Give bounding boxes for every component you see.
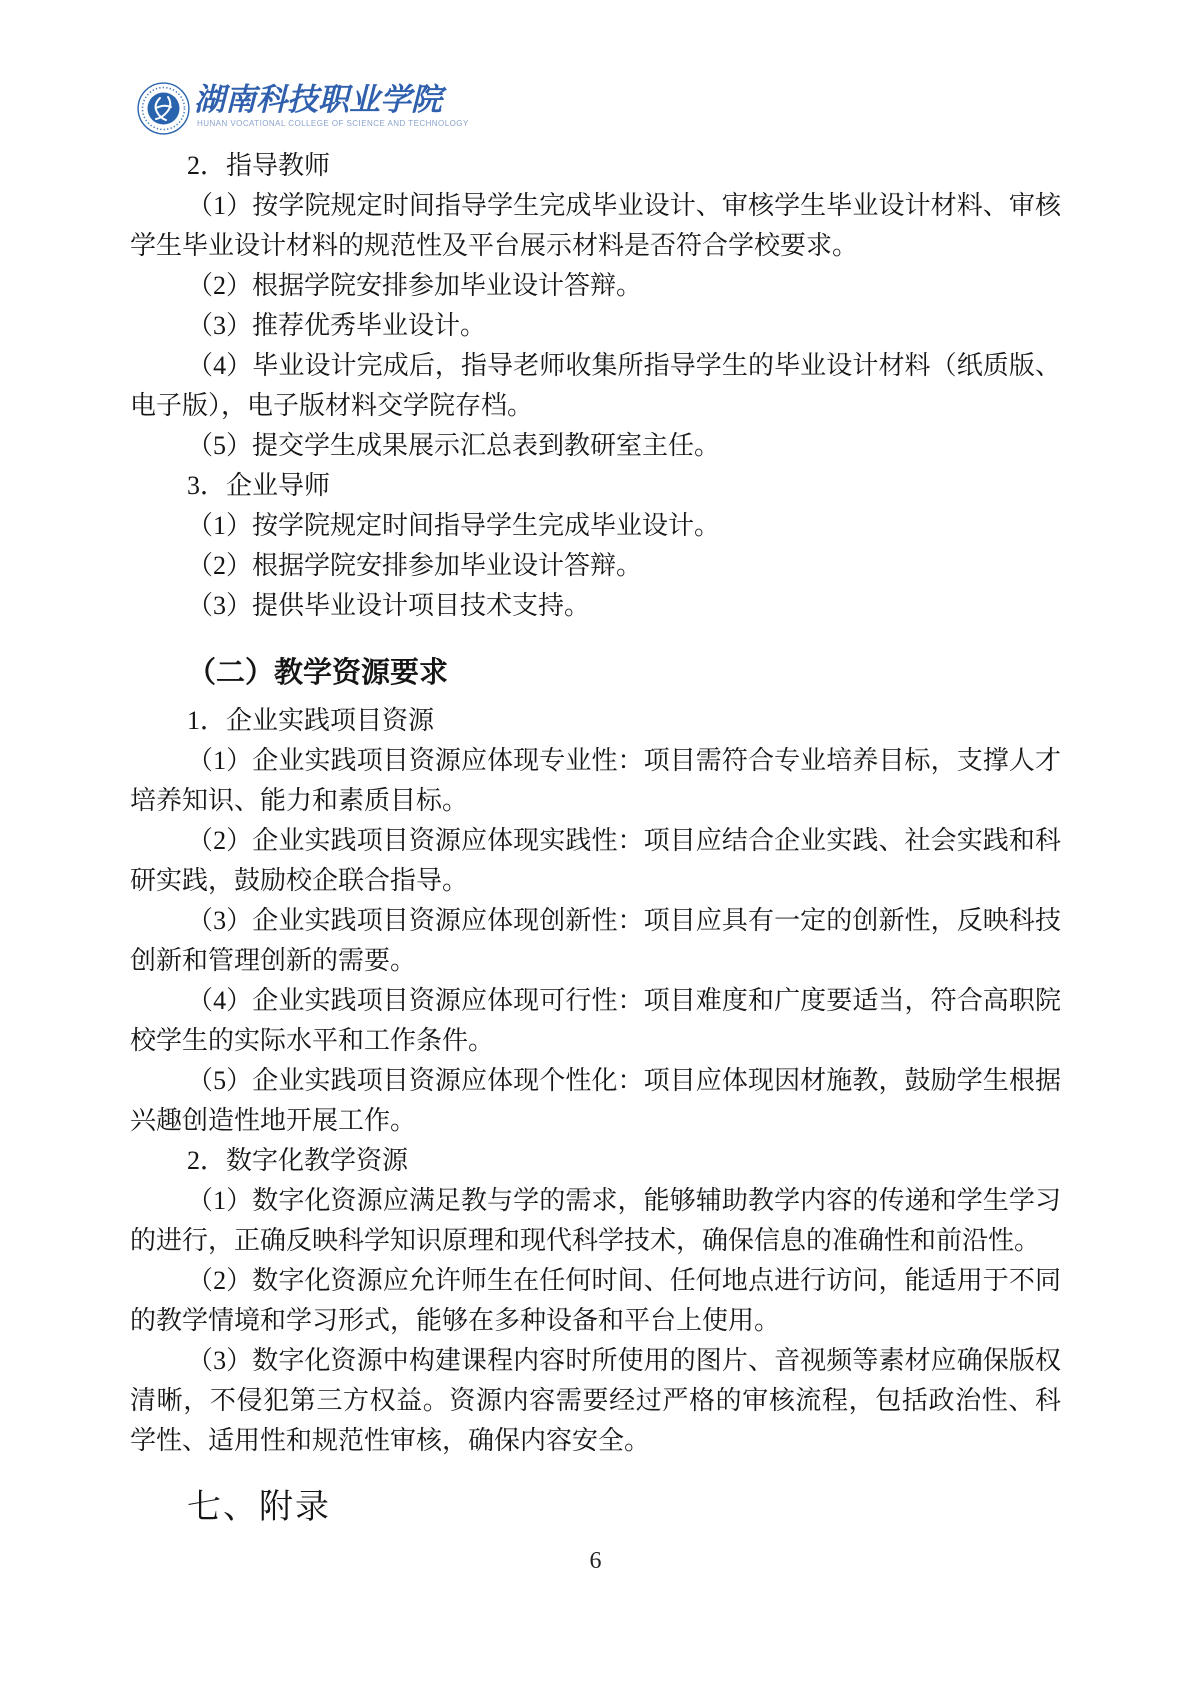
paragraph: （4）毕业设计完成后，指导老师收集所指导学生的毕业设计材料（纸质版、电子版），电… bbox=[130, 346, 1061, 426]
paragraph: （2）根据学院安排参加毕业设计答辩。 bbox=[130, 546, 1061, 586]
chapter-heading-appendix: 七、附录 bbox=[130, 1483, 1061, 1531]
paragraph: （2）企业实践项目资源应体现实践性：项目应结合企业实践、社会实践和科研实践，鼓励… bbox=[130, 821, 1061, 901]
paragraph: （3）提供毕业设计项目技术支持。 bbox=[130, 586, 1061, 626]
paragraph: （2）数字化资源应允许师生在任何时间、任何地点进行访问，能适用于不同的教学情境和… bbox=[130, 1261, 1061, 1341]
paragraph: （4）企业实践项目资源应体现可行性：项目难度和广度要适当，符合高职院校学生的实际… bbox=[130, 981, 1061, 1061]
numbered-heading: 2．指导教师 bbox=[130, 146, 1061, 186]
paragraph: （1）按学院规定时间指导学生完成毕业设计。 bbox=[130, 506, 1061, 546]
paragraph: （3）企业实践项目资源应体现创新性：项目应具有一定的创新性，反映科技创新和管理创… bbox=[130, 901, 1061, 981]
college-name-english: HUNAN VOCATIONAL COLLEGE OF SCIENCE AND … bbox=[197, 119, 447, 128]
paragraph: （5）提交学生成果展示汇总表到教研室主任。 bbox=[130, 426, 1061, 466]
paragraph: （3）推荐优秀毕业设计。 bbox=[130, 306, 1061, 346]
paragraph: （1）按学院规定时间指导学生完成毕业设计、审核学生毕业设计材料、审核学生毕业设计… bbox=[130, 186, 1061, 266]
page-number: 6 bbox=[0, 1546, 1191, 1576]
numbered-heading: 1．企业实践项目资源 bbox=[130, 701, 1061, 741]
paragraph: （1）企业实践项目资源应体现专业性：项目需符合专业培养目标，支撑人才培养知识、能… bbox=[130, 741, 1061, 821]
document-page: 湖南科技职业学院 HUNAN VOCATIONAL COLLEGE OF SCI… bbox=[0, 0, 1191, 1684]
college-seal-icon bbox=[137, 82, 190, 135]
document-body: 2．指导教师 （1）按学院规定时间指导学生完成毕业设计、审核学生毕业设计材料、审… bbox=[130, 146, 1061, 1531]
numbered-heading: 3．企业导师 bbox=[130, 466, 1061, 506]
section-heading-teaching-resources: （二）教学资源要求 bbox=[130, 653, 1061, 693]
paragraph: （5）企业实践项目资源应体现个性化：项目应体现因材施教，鼓励学生根据兴趣创造性地… bbox=[130, 1061, 1061, 1141]
numbered-heading: 2．数字化教学资源 bbox=[130, 1141, 1061, 1181]
college-name-calligraphy: 湖南科技职业学院 bbox=[194, 80, 454, 120]
paragraph: （1）数字化资源应满足教与学的需求，能够辅助教学内容的传递和学生学习的进行，正确… bbox=[130, 1181, 1061, 1261]
paragraph: （3）数字化资源中构建课程内容时所使用的图片、音视频等素材应确保版权清晰，不侵犯… bbox=[130, 1341, 1061, 1461]
paragraph: （2）根据学院安排参加毕业设计答辩。 bbox=[130, 266, 1061, 306]
